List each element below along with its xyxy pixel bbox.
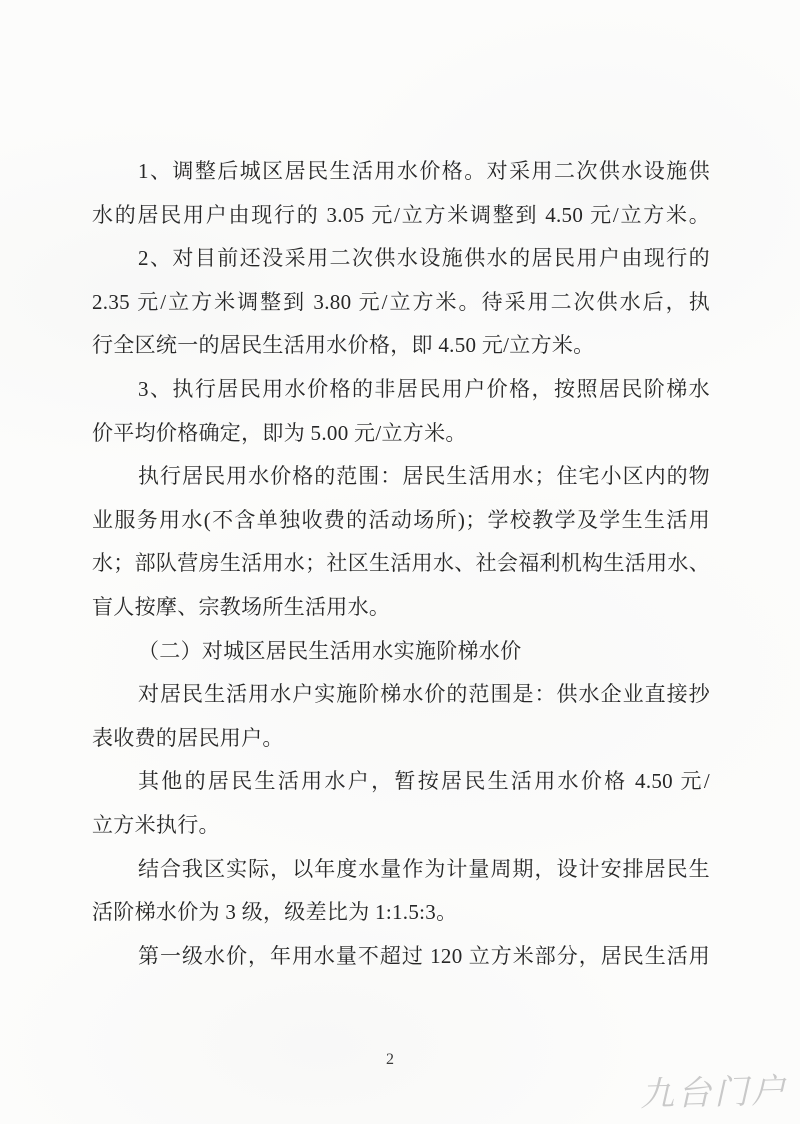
document-body: 1、调整后城区居民生活用水价格。对采用二次供水设施供 水的居民用户由现行的 3.…	[92, 150, 710, 978]
text-line: 1、调整后城区居民生活用水价格。对采用二次供水设施供	[92, 150, 710, 194]
text-line: 对居民生活用水户实施阶梯水价的范围是：供水企业直接抄	[92, 673, 710, 717]
text-line: 表收费的居民用户。	[92, 717, 710, 761]
text-line: 3、执行居民用水价格的非居民用户价格，按照居民阶梯水	[92, 368, 710, 412]
text-line: 第一级水价，年用水量不超过 120 立方米部分，居民生活用	[92, 935, 710, 979]
text-line: 盲人按摩、宗教场所生活用水。	[92, 586, 710, 630]
text-line: 执行居民用水价格的范围：居民生活用水；住宅小区内的物	[92, 455, 710, 499]
text-line: 结合我区实际，以年度水量作为计量周期，设计安排居民生	[92, 848, 710, 892]
text-line: 活阶梯水价为 3 级，级差比为 1:1.5:3。	[92, 891, 710, 935]
text-line: 2.35 元/立方米调整到 3.80 元/立方米。待采用二次供水后，执	[92, 281, 710, 325]
text-line: 价平均价格确定，即为 5.00 元/立方米。	[92, 412, 710, 456]
document-page: 1、调整后城区居民生活用水价格。对采用二次供水设施供 水的居民用户由现行的 3.…	[0, 0, 800, 1124]
text-line: 立方米执行。	[92, 804, 710, 848]
text-line: 水的居民用户由现行的 3.05 元/立方米调整到 4.50 元/立方米。	[92, 194, 710, 238]
section-heading: （二）对城区居民生活用水实施阶梯水价	[92, 630, 710, 674]
text-line: 2、对目前还没采用二次供水设施供水的居民用户由现行的	[92, 237, 710, 281]
text-line: 业服务用水(不含单独收费的活动场所)；学校教学及学生生活用	[92, 499, 710, 543]
text-line: 行全区统一的居民生活用水价格，即 4.50 元/立方米。	[92, 324, 710, 368]
text-line: 其他的居民生活用水户，暂按居民生活用水价格 4.50 元/	[92, 760, 710, 804]
text-line: 水；部队营房生活用水；社区生活用水、社会福利机构生活用水、	[92, 542, 710, 586]
watermark: 九台门户	[639, 1063, 788, 1116]
